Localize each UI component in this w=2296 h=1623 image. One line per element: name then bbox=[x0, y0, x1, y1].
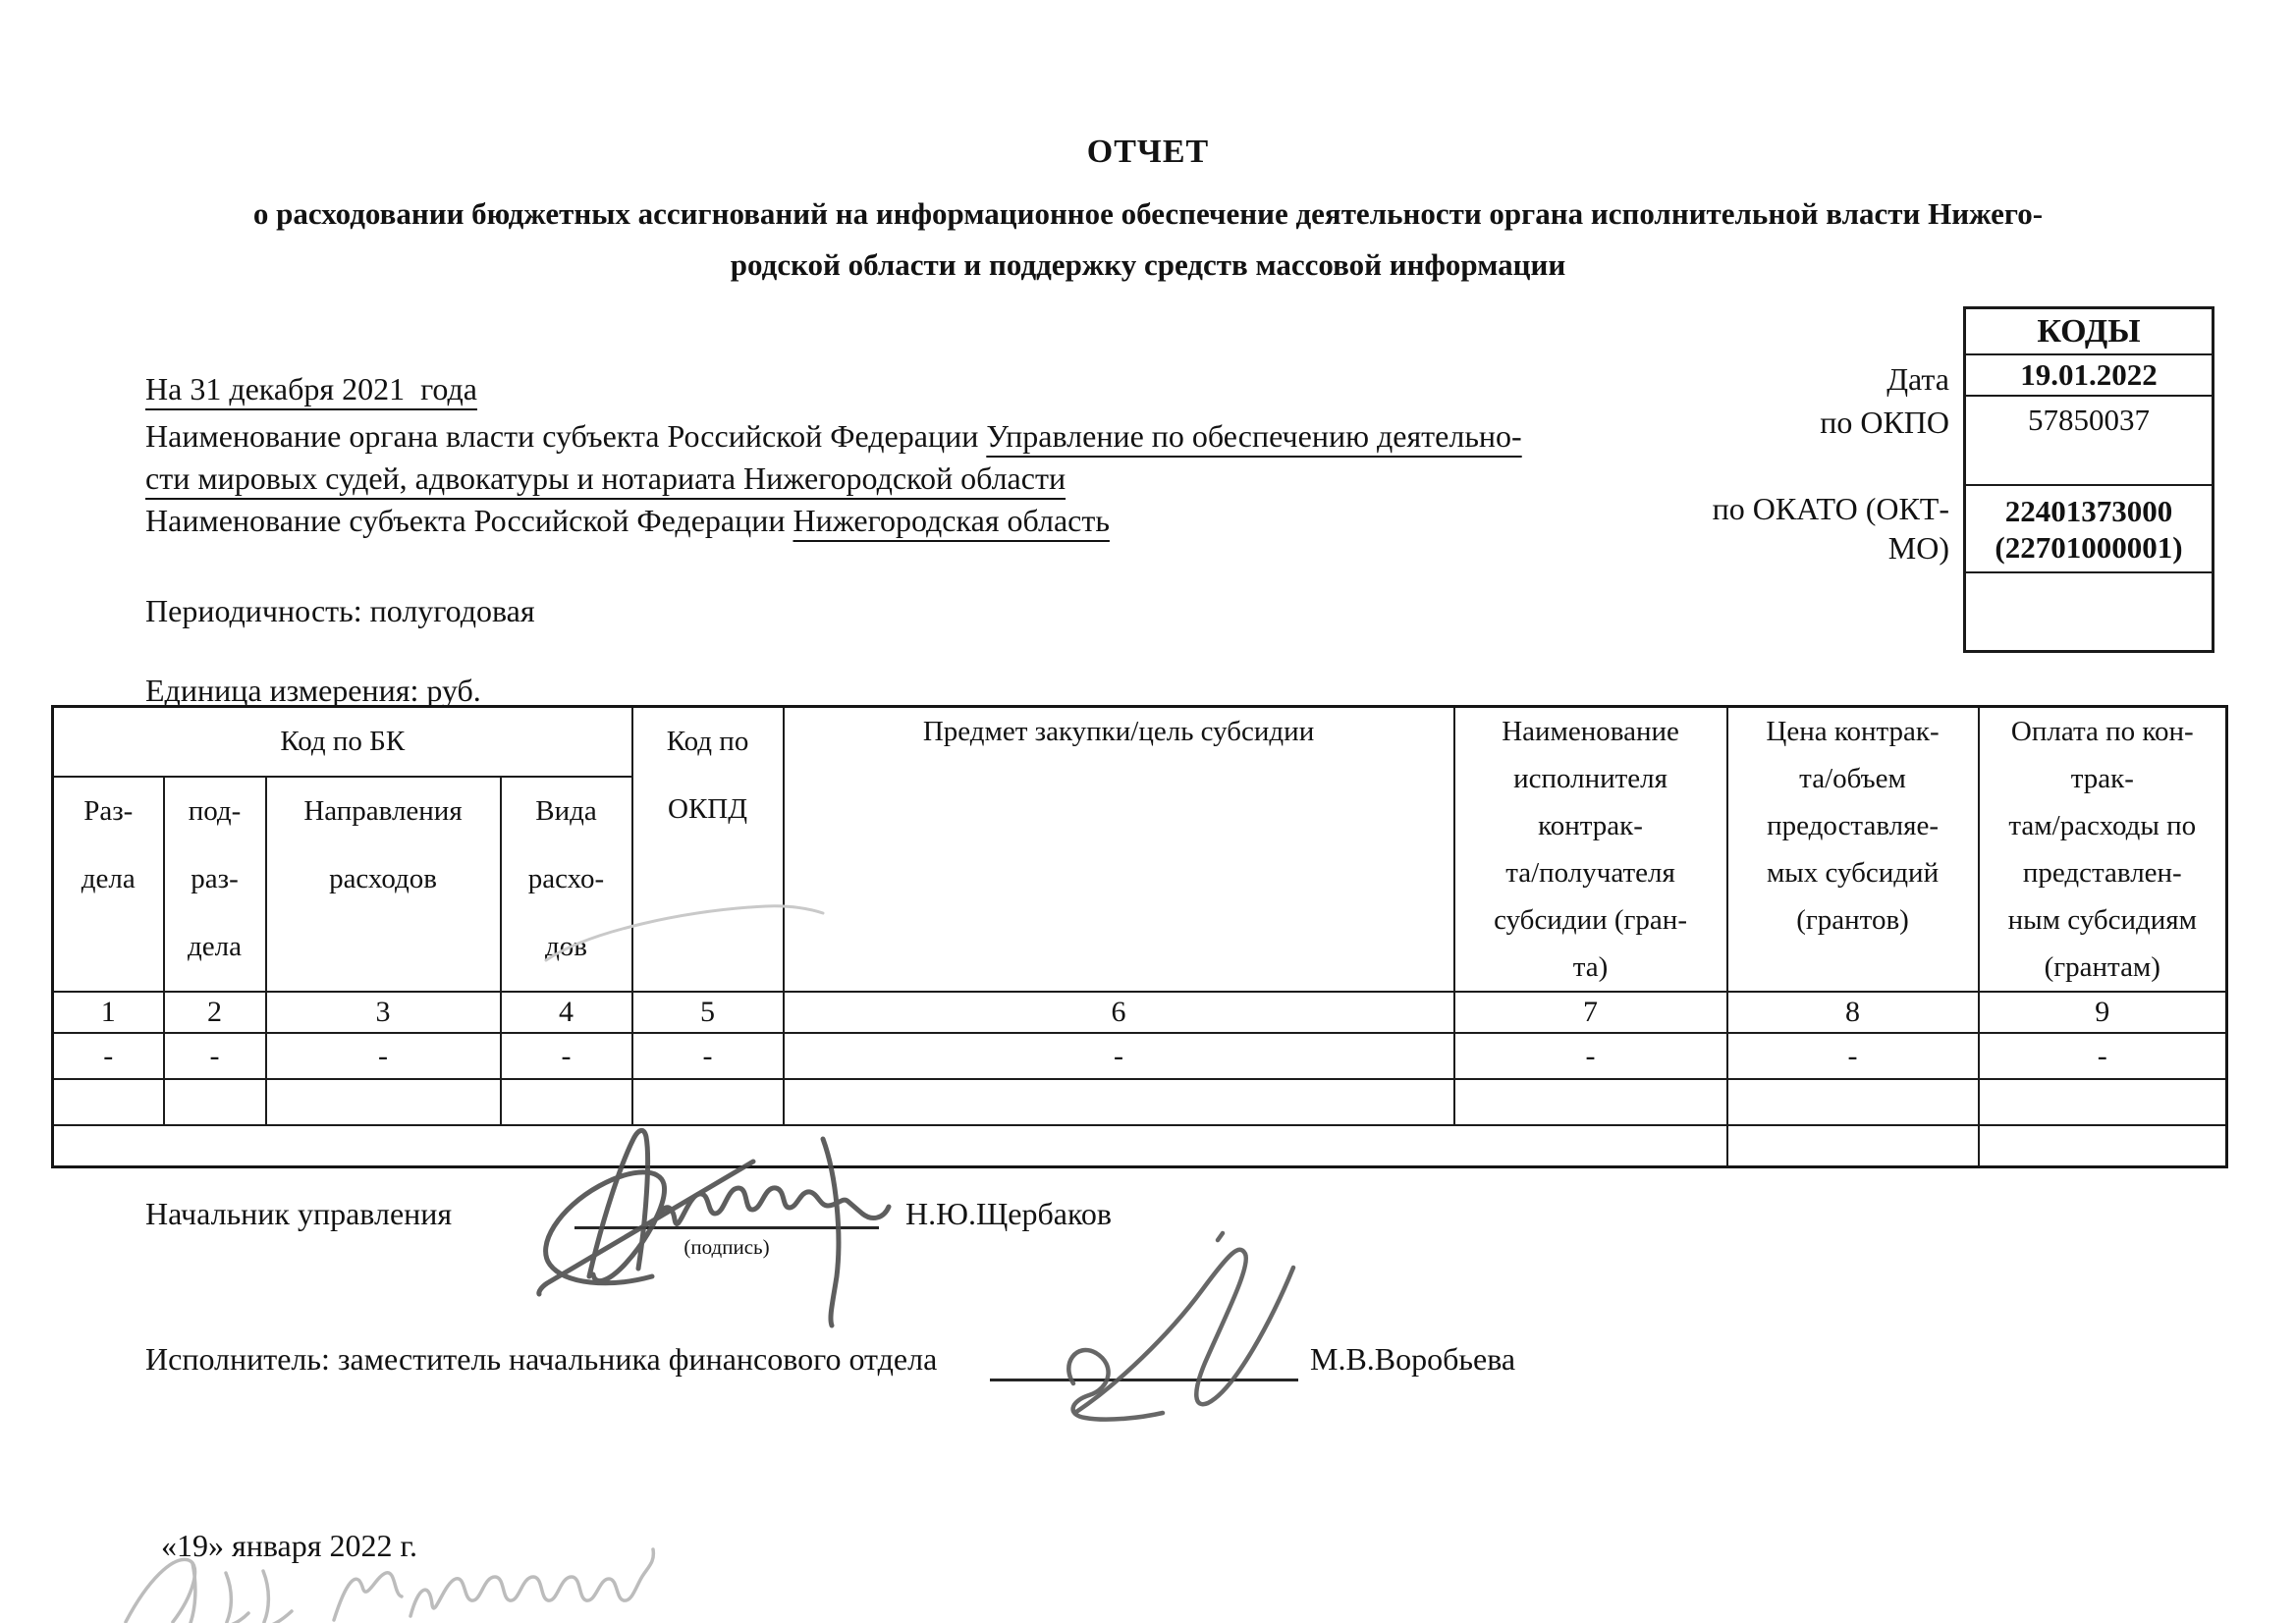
header-razdel: Раз- дела bbox=[53, 777, 164, 992]
empty-cell bbox=[1727, 1125, 1979, 1166]
document-date: «19» января 2022 г. bbox=[161, 1528, 417, 1564]
codes-empty-cell bbox=[1966, 573, 2212, 650]
subject-value: Нижегородская область bbox=[793, 503, 1109, 538]
empty-cell bbox=[501, 1079, 632, 1125]
subject-line: Наименование субъекта Российской Федерац… bbox=[145, 500, 1110, 542]
codes-date-label: Дата bbox=[1886, 359, 1949, 399]
subject-label: Наименование субъекта Российской Федерац… bbox=[145, 503, 793, 538]
executor-position-label: Исполнитель: заместитель начальника фина… bbox=[145, 1341, 937, 1378]
empty-cell bbox=[1979, 1125, 2227, 1166]
empty-cell bbox=[164, 1079, 266, 1125]
report-subtitle: о расходовании бюджетных ассигнований на… bbox=[69, 189, 2227, 291]
empty-cell bbox=[1454, 1079, 1727, 1125]
column-number-cell: 5 bbox=[632, 992, 784, 1033]
org-name-line-1: Наименование органа власти субъекта Росс… bbox=[145, 415, 1522, 458]
data-cell: - bbox=[501, 1033, 632, 1079]
empty-cell bbox=[632, 1079, 784, 1125]
periodicity-line: Периодичность: полугодовая bbox=[145, 590, 535, 632]
head-signature-line bbox=[574, 1226, 879, 1229]
data-cell: - bbox=[1454, 1033, 1727, 1079]
codes-okato-value: 22401373000 (22701000001) bbox=[1966, 486, 2212, 573]
org-name-label: Наименование органа власти субъекта Росс… bbox=[145, 418, 986, 454]
org-name-line-2: сти мировых судей, адвокатуры и нотариат… bbox=[145, 458, 1066, 500]
header-cena: Цена контрак- та/объем предоставляе- мых… bbox=[1727, 707, 1979, 993]
data-cell: - bbox=[53, 1033, 164, 1079]
codes-okato-label: по ОКАТО (ОКТ- МО) bbox=[1713, 489, 1949, 568]
empty-cell bbox=[784, 1079, 1454, 1125]
org-name-value-1: Управление по обеспечению деятельно- bbox=[986, 418, 1521, 454]
head-signature-caption: (подпись) bbox=[574, 1235, 879, 1260]
data-cell: - bbox=[632, 1033, 784, 1079]
codes-date-value: 19.01.2022 bbox=[1966, 355, 2212, 397]
codes-okpo-label: по ОКПО bbox=[1820, 403, 1949, 442]
executor-signature-line bbox=[990, 1379, 1298, 1381]
header-bk-group: Код по БК bbox=[53, 707, 632, 777]
header-vid: Вида расхо- дов bbox=[501, 777, 632, 992]
empty-cell bbox=[1979, 1079, 2227, 1125]
data-cell: - bbox=[1979, 1033, 2227, 1079]
data-cell: - bbox=[784, 1033, 1454, 1079]
codes-box-header: КОДЫ bbox=[1966, 309, 2212, 355]
data-cell: - bbox=[266, 1033, 501, 1079]
header-ispolnitel: Наименование исполнителя контрак- та/пол… bbox=[1454, 707, 1727, 993]
column-number-cell: 9 bbox=[1979, 992, 2227, 1033]
codes-okpo-value: 57850037 bbox=[1966, 397, 2212, 486]
column-number-row: 1 2 3 4 5 6 7 8 9 bbox=[53, 992, 2227, 1033]
empty-cell bbox=[53, 1079, 164, 1125]
head-name: Н.Ю.Щербаков bbox=[905, 1196, 1112, 1232]
document-page: ОТЧЕТ о расходовании бюджетных ассигнова… bbox=[0, 0, 2296, 1623]
column-number-cell: 6 bbox=[784, 992, 1454, 1033]
column-number-cell: 3 bbox=[266, 992, 501, 1033]
expenses-table: Код по БК Код по ОКПД Предмет закупки/це… bbox=[51, 705, 2228, 1168]
empty-row bbox=[53, 1079, 2227, 1125]
header-oplata: Оплата по кон- трак- там/расходы по пред… bbox=[1979, 707, 2227, 993]
org-name-value-2: сти мировых судей, адвокатуры и нотариат… bbox=[145, 460, 1066, 496]
codes-box: КОДЫ 19.01.2022 57850037 22401373000 (22… bbox=[1963, 306, 2214, 653]
empty-cell bbox=[1727, 1079, 1979, 1125]
column-number-cell: 8 bbox=[1727, 992, 1979, 1033]
data-row: - - - - - - - - - bbox=[53, 1033, 2227, 1079]
executor-signature-ink bbox=[1068, 1233, 1293, 1420]
header-podrazdel: под- раз- дела bbox=[164, 777, 266, 992]
header-predmet: Предмет закупки/цель субсидии bbox=[784, 707, 1454, 993]
report-title: ОТЧЕТ bbox=[0, 134, 2296, 171]
header-okpd: Код по ОКПД bbox=[632, 707, 784, 993]
footer-row bbox=[53, 1125, 2227, 1166]
executor-name: М.В.Воробьева bbox=[1310, 1341, 1515, 1378]
footer-merged-cell bbox=[53, 1125, 1727, 1166]
column-number-cell: 7 bbox=[1454, 992, 1727, 1033]
header-napravlenia: Направления расходов bbox=[266, 777, 501, 992]
column-number-cell: 4 bbox=[501, 992, 632, 1033]
data-cell: - bbox=[1727, 1033, 1979, 1079]
column-number-cell: 1 bbox=[53, 992, 164, 1033]
head-position-label: Начальник управления bbox=[145, 1196, 452, 1232]
as-of-date-line: На 31 декабря 2021 года bbox=[145, 368, 477, 410]
column-number-cell: 2 bbox=[164, 992, 266, 1033]
data-cell: - bbox=[164, 1033, 266, 1079]
empty-cell bbox=[266, 1079, 501, 1125]
